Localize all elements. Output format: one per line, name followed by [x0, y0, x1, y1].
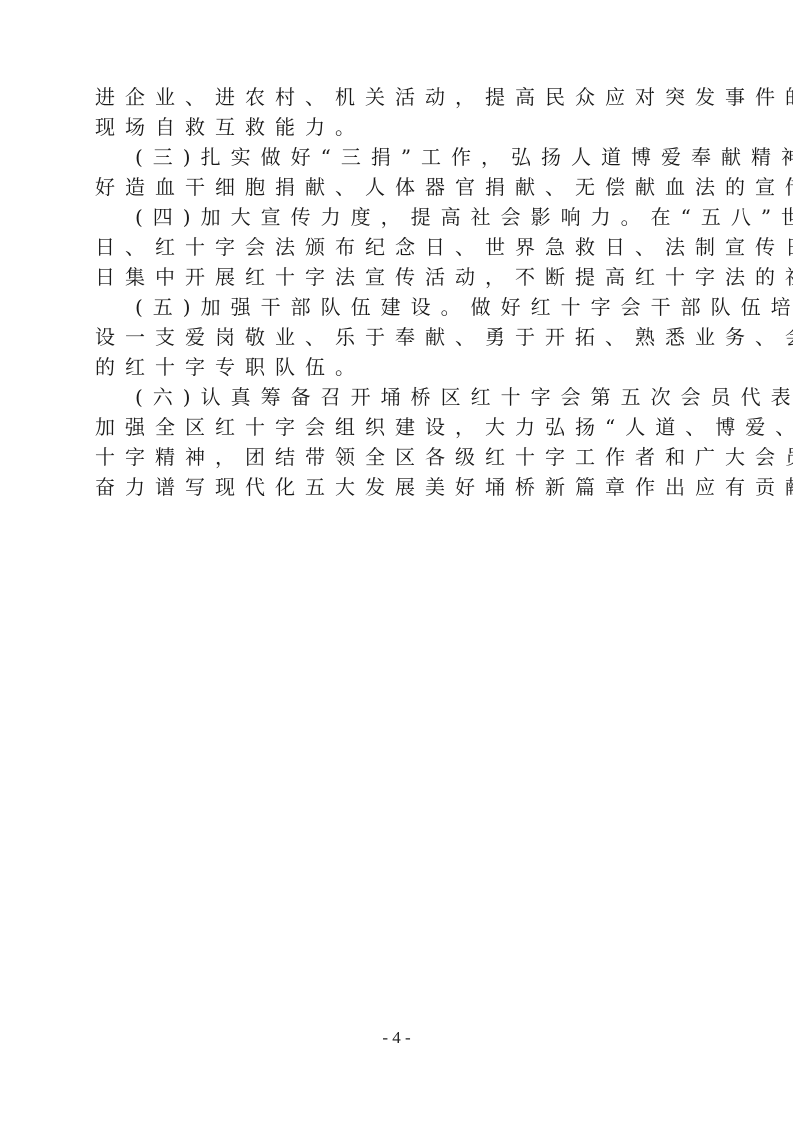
paragraph-cadre-building: (五)加强干部队伍建设。做好红十字会干部队伍培训，努力建 设一支爱岗敬业、乐于奉…	[95, 292, 735, 382]
paragraph-congress: (六)认真筹备召开埇桥区红十字会第五次会员代表大会。持续 加强全区红十字会组织建…	[95, 382, 735, 502]
text-line: 十字精神，团结带领全区各级红十字工作者和广大会员、志愿者为	[95, 442, 735, 472]
paragraph-publicity: (四)加大宣传力度，提高社会影响力。在“五八”世界红十字 日、红十字会法颁布纪念…	[95, 202, 735, 292]
text-line: (五)加强干部队伍建设。做好红十字会干部队伍培训，努力建	[95, 292, 735, 322]
text-line: 日、红十字会法颁布纪念日、世界急救日、法制宣传日等重要纪念	[95, 232, 735, 262]
text-line: 日集中开展红十字法宣传活动，不断提高红十字法的社会知晓率。	[95, 262, 735, 292]
text-line: 现场自救互救能力。	[95, 112, 735, 142]
paragraph-three-donations: (三)扎实做好“三捐”工作，弘扬人道博爱奉献精神。继续做 好造血干细胞捐献、人体…	[95, 142, 735, 202]
text-line: 的红十字专职队伍。	[95, 352, 735, 382]
text-line: 进企业、进农村、机关活动，提高民众应对突发事件的反应能力和	[95, 82, 735, 112]
text-line: 好造血干细胞捐献、人体器官捐献、无偿献血法的宣传工作。	[95, 172, 735, 202]
text-line: 加强全区红十字会组织建设，大力弘扬“人道、博爱、奉献”的红	[95, 412, 735, 442]
text-line: (三)扎实做好“三捐”工作，弘扬人道博爱奉献精神。继续做	[95, 142, 735, 172]
text-line: 奋力谱写现代化五大发展美好埇桥新篇章作出应有贡献。	[95, 472, 735, 502]
paragraph-continued: 进企业、进农村、机关活动，提高民众应对突发事件的反应能力和 现场自救互救能力。	[95, 82, 735, 142]
text-line: (六)认真筹备召开埇桥区红十字会第五次会员代表大会。持续	[95, 382, 735, 412]
page-number: - 4 -	[0, 1028, 793, 1048]
text-line: 设一支爱岗敬业、乐于奉献、勇于开拓、熟悉业务、会做群众工作	[95, 322, 735, 352]
text-line: (四)加大宣传力度，提高社会影响力。在“五八”世界红十字	[95, 202, 735, 232]
document-body: 进企业、进农村、机关活动，提高民众应对突发事件的反应能力和 现场自救互救能力。 …	[95, 82, 735, 502]
